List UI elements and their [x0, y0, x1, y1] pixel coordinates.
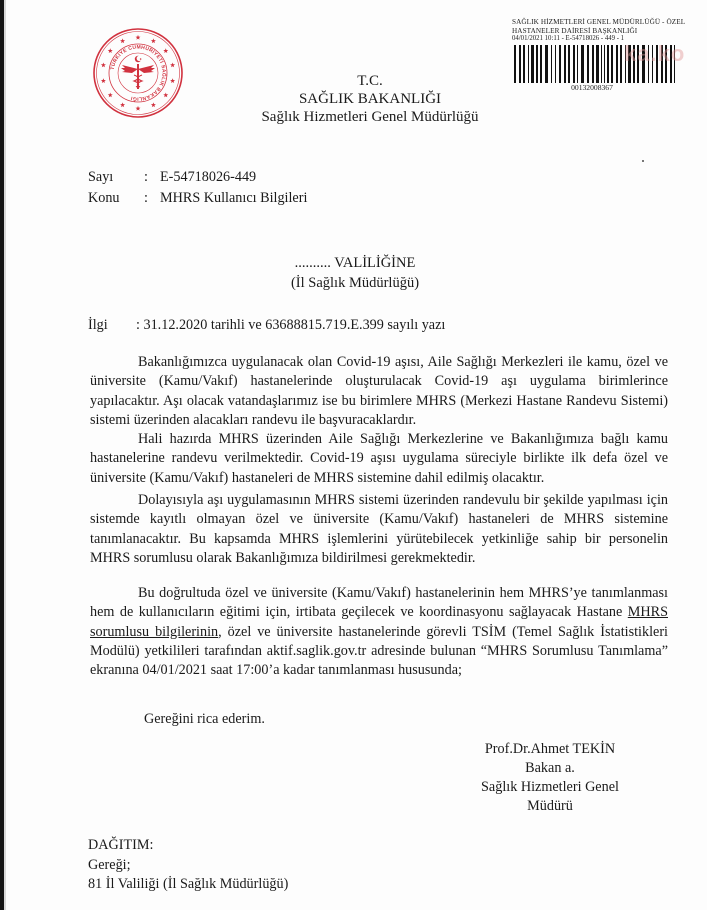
ilgi-field: İlgi: 31.12.2020 tarihli ve 63688815.719…: [88, 316, 445, 334]
document-header: T.C. SAĞLIK BAKANLIĞI Sağlık Hizmetleri …: [200, 72, 540, 126]
distribution-line1: Gereği;: [88, 856, 288, 876]
barcode-issuer-line1: SAĞLIK HİZMETLERİ GENEL MÜDÜRLÜĞÜ - ÖZEL: [512, 18, 692, 27]
sayi-value: E-54718026-449: [160, 169, 256, 185]
signatory-title-1: Sağlık Hizmetleri Genel: [470, 778, 630, 797]
distribution-title: DAĞITIM:: [88, 836, 288, 856]
header-directorate: Sağlık Hizmetleri Genel Müdürlüğü: [200, 108, 540, 126]
sayi-separator: :: [144, 168, 160, 186]
addressee-line2: (İl Sağlık Müdürlüğü): [200, 273, 510, 293]
closing-line: Gereğini rica ederim.: [144, 710, 265, 728]
signatory-title-2: Müdürü: [470, 797, 630, 816]
watermark: ka.ko: [624, 41, 685, 67]
konu-value: MHRS Kullanıcı Bilgileri: [160, 190, 307, 206]
konu-separator: :: [144, 189, 160, 207]
ministry-of-health-seal-icon: TÜRKİYE CUMHURİYETİ SAĞLIK BAKANLIĞI: [92, 27, 184, 119]
distribution-block: DAĞITIM: Gereği; 81 İl Valiliği (İl Sağl…: [88, 836, 288, 895]
sayi-field: Sayı:E-54718026-449: [88, 168, 256, 186]
scan-edge-shadow: [4, 0, 6, 910]
body-paragraph-3: Dolayısıyla aşı uygulamasının MHRS siste…: [90, 491, 668, 568]
barcode-issuer-line2: HASTANELER DAİRESİ BAŞKANLIĞI: [512, 27, 692, 36]
konu-field: Konu:MHRS Kullanıcı Bilgileri: [88, 189, 307, 207]
signatory-on-behalf: Bakan a.: [470, 759, 630, 778]
scan-speck: [642, 160, 644, 162]
ilgi-value: : 31.12.2020 tarihli ve 63688815.719.E.3…: [136, 317, 445, 333]
body-paragraph-2: Hali hazırda MHRS üzerinden Aile Sağlığı…: [90, 430, 668, 488]
signatory-name: Prof.Dr.Ahmet TEKİN: [470, 740, 630, 759]
konu-label: Konu: [88, 189, 144, 207]
signature-block: Prof.Dr.Ahmet TEKİN Bakan a. Sağlık Hizm…: [470, 740, 630, 816]
header-tc: T.C.: [200, 72, 540, 90]
addressee-line1: .......... VALİLİĞİNE: [200, 253, 510, 273]
addressee: .......... VALİLİĞİNE (İl Sağlık Müdürlü…: [200, 253, 510, 293]
p4-text-before: Bu doğrultuda özel ve üniversite (Kamu/V…: [90, 585, 668, 620]
header-ministry: SAĞLIK BAKANLIĞI: [200, 90, 540, 108]
body-paragraph-4: Bu doğrultuda özel ve üniversite (Kamu/V…: [90, 584, 668, 680]
sayi-label: Sayı: [88, 168, 144, 186]
distribution-line2: 81 İl Valiliği (İl Sağlık Müdürlüğü): [88, 875, 288, 895]
ilgi-label: İlgi: [88, 316, 136, 334]
body-paragraph-1: Bakanlığımızca uygulanacak olan Covid-19…: [90, 353, 668, 430]
